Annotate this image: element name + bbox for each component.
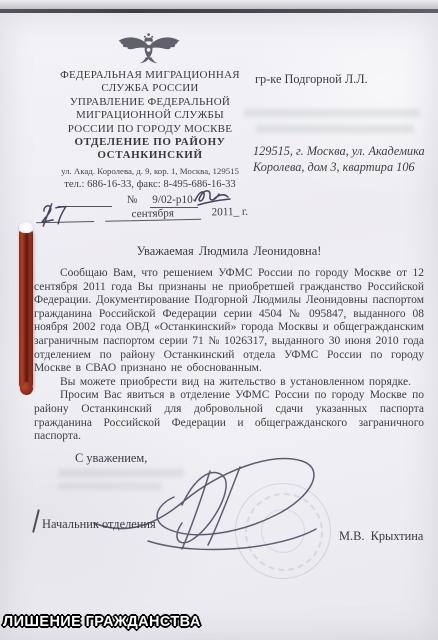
letterhead-address: ул. Акад. Королева, д. 9, кор. 1, Москва… — [30, 166, 270, 176]
recipient-address-line: 129515, г. Москва, ул. Академика — [253, 144, 425, 160]
scan-edge-strip — [0, 0, 438, 9]
ribbon-tip — [20, 382, 33, 395]
paragraph: Вы можете приобрести вид на жительство в… — [34, 376, 424, 390]
org-line: ФЕДЕРАЛЬНАЯ МИГРАЦИОННАЯ — [30, 69, 270, 82]
org-line-division: ОТДЕЛЕНИЕ ПО РАЙОНУ — [30, 136, 270, 149]
org-line: СЛУЖБА РОССИИ — [30, 82, 270, 95]
document-page: ФЕДЕРАЛЬНАЯ МИГРАЦИОННАЯ СЛУЖБА РОССИИ У… — [0, 13, 438, 640]
handwritten-day — [38, 202, 71, 229]
bleed-through-artifact — [58, 483, 162, 490]
org-line-district: ОСТАНКИНСКИЙ — [30, 149, 270, 162]
month-value: сентября — [105, 207, 201, 222]
recipient-address-line: Королева, дом 3, квартира 106 — [253, 160, 425, 176]
salutation: Уважаемая Людмила Леонидовна! — [38, 244, 420, 259]
year-value: 2011_ г. — [211, 206, 248, 219]
paragraph: Сообщаю Вам, что решением УФМС России по… — [34, 267, 424, 376]
signer-name: М.В. Крыхтина — [339, 529, 423, 544]
org-line: МИГРАЦИОННОЙ СЛУЖБЫ — [30, 109, 270, 122]
org-line: УПРАВЛЕНИЕ ФЕДЕРАЛЬНОЙ — [30, 96, 270, 109]
bleed-through-artifact — [58, 469, 184, 477]
signer-title: Начальник отделения — [42, 517, 156, 532]
org-line: РОССИИ ПО ГОРОДУ МОСКВЕ — [30, 123, 270, 136]
photo-caption: ЛИШЕНИЕ ГРАЖДАНСТВА — [3, 614, 201, 630]
paragraph: Просим Вас явиться в отделение УФМС Росс… — [34, 389, 424, 443]
number-sign: № — [127, 194, 138, 206]
document-date-line: сентября 2011_ г. — [36, 206, 248, 223]
bleed-through-artifact — [244, 109, 420, 117]
bleed-through-artifact — [256, 125, 414, 133]
fms-eagle-emblem — [116, 26, 182, 68]
red-ribbon-bookmark — [18, 222, 34, 398]
recipient-name: гр-ке Подгорной Л.Л. — [255, 72, 368, 87]
letter-body: Сообщаю Вам, что решением УФМС России по… — [34, 267, 424, 444]
letterhead-org-block: ФЕДЕРАЛЬНАЯ МИГРАЦИОННАЯ СЛУЖБА РОССИИ У… — [30, 69, 270, 163]
ribbon-rod — [19, 230, 33, 390]
recipient-address: 129515, г. Москва, ул. Академика Королев… — [253, 144, 425, 175]
pen-slash-mark — [32, 509, 40, 533]
document-number-line: № 9/02-р10- — [58, 194, 198, 207]
letterhead-phone: тел.: 686-16-33, факс: 8-495-686-16-33 — [30, 179, 270, 190]
handwritten-signature — [88, 443, 332, 565]
ribbon-cap — [19, 222, 33, 233]
